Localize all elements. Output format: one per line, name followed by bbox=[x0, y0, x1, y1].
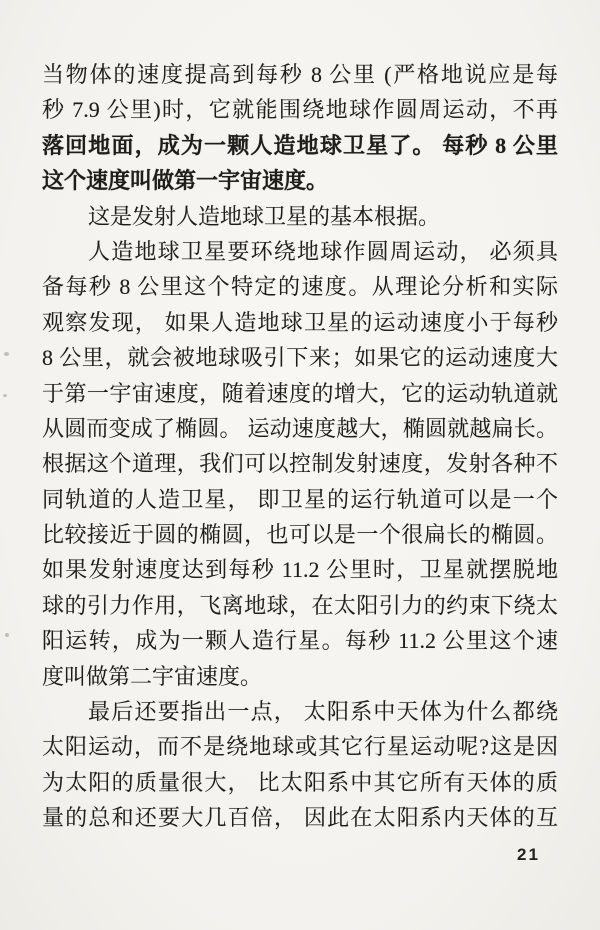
text-line: 根据这个道理，我们可以控制发射速度，发射各种不 bbox=[42, 446, 558, 481]
text-line: 于第一宇宙速度，随着速度的增大，它的运动轨道就 bbox=[42, 376, 558, 411]
text-line: 当物体的速度提高到每秒 8 公里 (严格地说应是每 bbox=[42, 57, 558, 92]
text-line: 量的总和还要大几百倍， 因此在太阳系内天体的互 bbox=[42, 800, 558, 835]
text-line: 如果发射速度达到每秒 11.2 公里时，卫星就摆脱地 bbox=[42, 552, 558, 587]
text-line: 秒 7.9 公里)时，它就能围绕地球作圆周运动，不再 bbox=[42, 92, 558, 127]
scanned-book-page: 当物体的速度提高到每秒 8 公里 (严格地说应是每秒 7.9 公里)时，它就能围… bbox=[0, 0, 600, 930]
scan-speckle bbox=[5, 633, 9, 637]
text-line: 阳运转，成为一颗人造行星。每秒 11.2 公里这个速 bbox=[42, 623, 558, 658]
text-line: 落回地面，成为一颗人造地球卫星了。 每秒 8 公里 bbox=[42, 128, 558, 163]
text-line: 为太阳的质量很大， 比太阳系中其它所有天体的质 bbox=[42, 765, 558, 800]
text-line: 8 公里，就会被地球吸引下来；如果它的运动速度大 bbox=[42, 340, 558, 375]
body-text: 当物体的速度提高到每秒 8 公里 (严格地说应是每秒 7.9 公里)时，它就能围… bbox=[42, 57, 558, 836]
text-line: 同轨道的人造卫星， 即卫星的运行轨道可以是一个 bbox=[42, 482, 558, 517]
text-line: 太阳运动，而不是绕地球或其它行星运动呢?这是因 bbox=[42, 729, 558, 764]
text-line: 比较接近于圆的椭圆，也可以是一个很扁长的椭圆。 bbox=[42, 517, 558, 552]
text-line: 备每秒 8 公里这个特定的速度。从理论分析和实际 bbox=[42, 269, 558, 304]
text-line: 这个速度叫做第一宇宙速度。 bbox=[42, 163, 558, 198]
text-line: 人造地球卫星要环绕地球作圆周运动， 必须具 bbox=[42, 234, 558, 269]
page-number: 21 bbox=[517, 845, 540, 865]
text-line: 观察发现， 如果人造地球卫星的运动速度小于每秒 bbox=[42, 305, 558, 340]
text-line: 度叫做第二宇宙速度。 bbox=[42, 659, 558, 694]
text-line: 从圆而变成了椭圆。 运动速度越大，椭圆就越扁长。 bbox=[42, 411, 558, 446]
text-line: 最后还要指出一点， 太阳系中天体为什么都绕 bbox=[42, 694, 558, 729]
text-line: 球的引力作用，飞离地球，在太阳引力的约束下绕太 bbox=[42, 588, 558, 623]
text-line: 这是发射人造地球卫星的基本根据。 bbox=[42, 199, 558, 234]
scan-speckle bbox=[3, 394, 7, 397]
scan-speckle bbox=[4, 352, 9, 356]
